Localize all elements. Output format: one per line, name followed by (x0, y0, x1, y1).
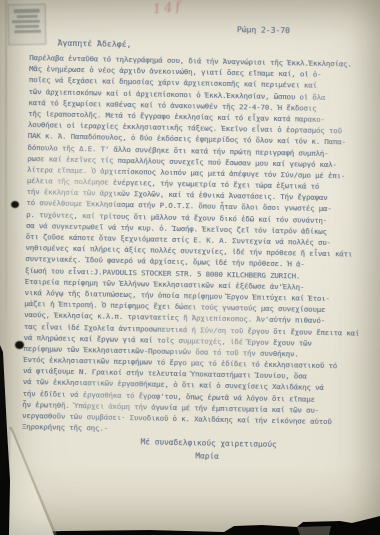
letter-photo: 14f Ρώμη 2-3-70 Ἀγαπητέ Ἀδελφέ, Παρέλαβα… (0, 0, 380, 535)
paper-crease (5, 0, 7, 355)
letter-body: Παρέλαβα ἐνταῦθα τό τηλεγράφημά σου, διά… (22, 52, 374, 439)
punch-hole (11, 201, 19, 208)
punch-hole (15, 341, 24, 349)
letter-text-block: Ρώμη 2-3-70 Ἀγαπητέ Ἀδελφέ, Παρέλαβα ἐντ… (19, 20, 374, 465)
letter-date: Ρώμη 2-3-70 (237, 24, 374, 39)
letter-salutation: Ἀγαπητέ Ἀδελφέ, (57, 37, 373, 55)
letter-closing: Μέ συναδελφικούς χαιρετισμούς (140, 437, 365, 453)
stamp-line (16, 15, 37, 19)
stamp-line (14, 8, 40, 13)
